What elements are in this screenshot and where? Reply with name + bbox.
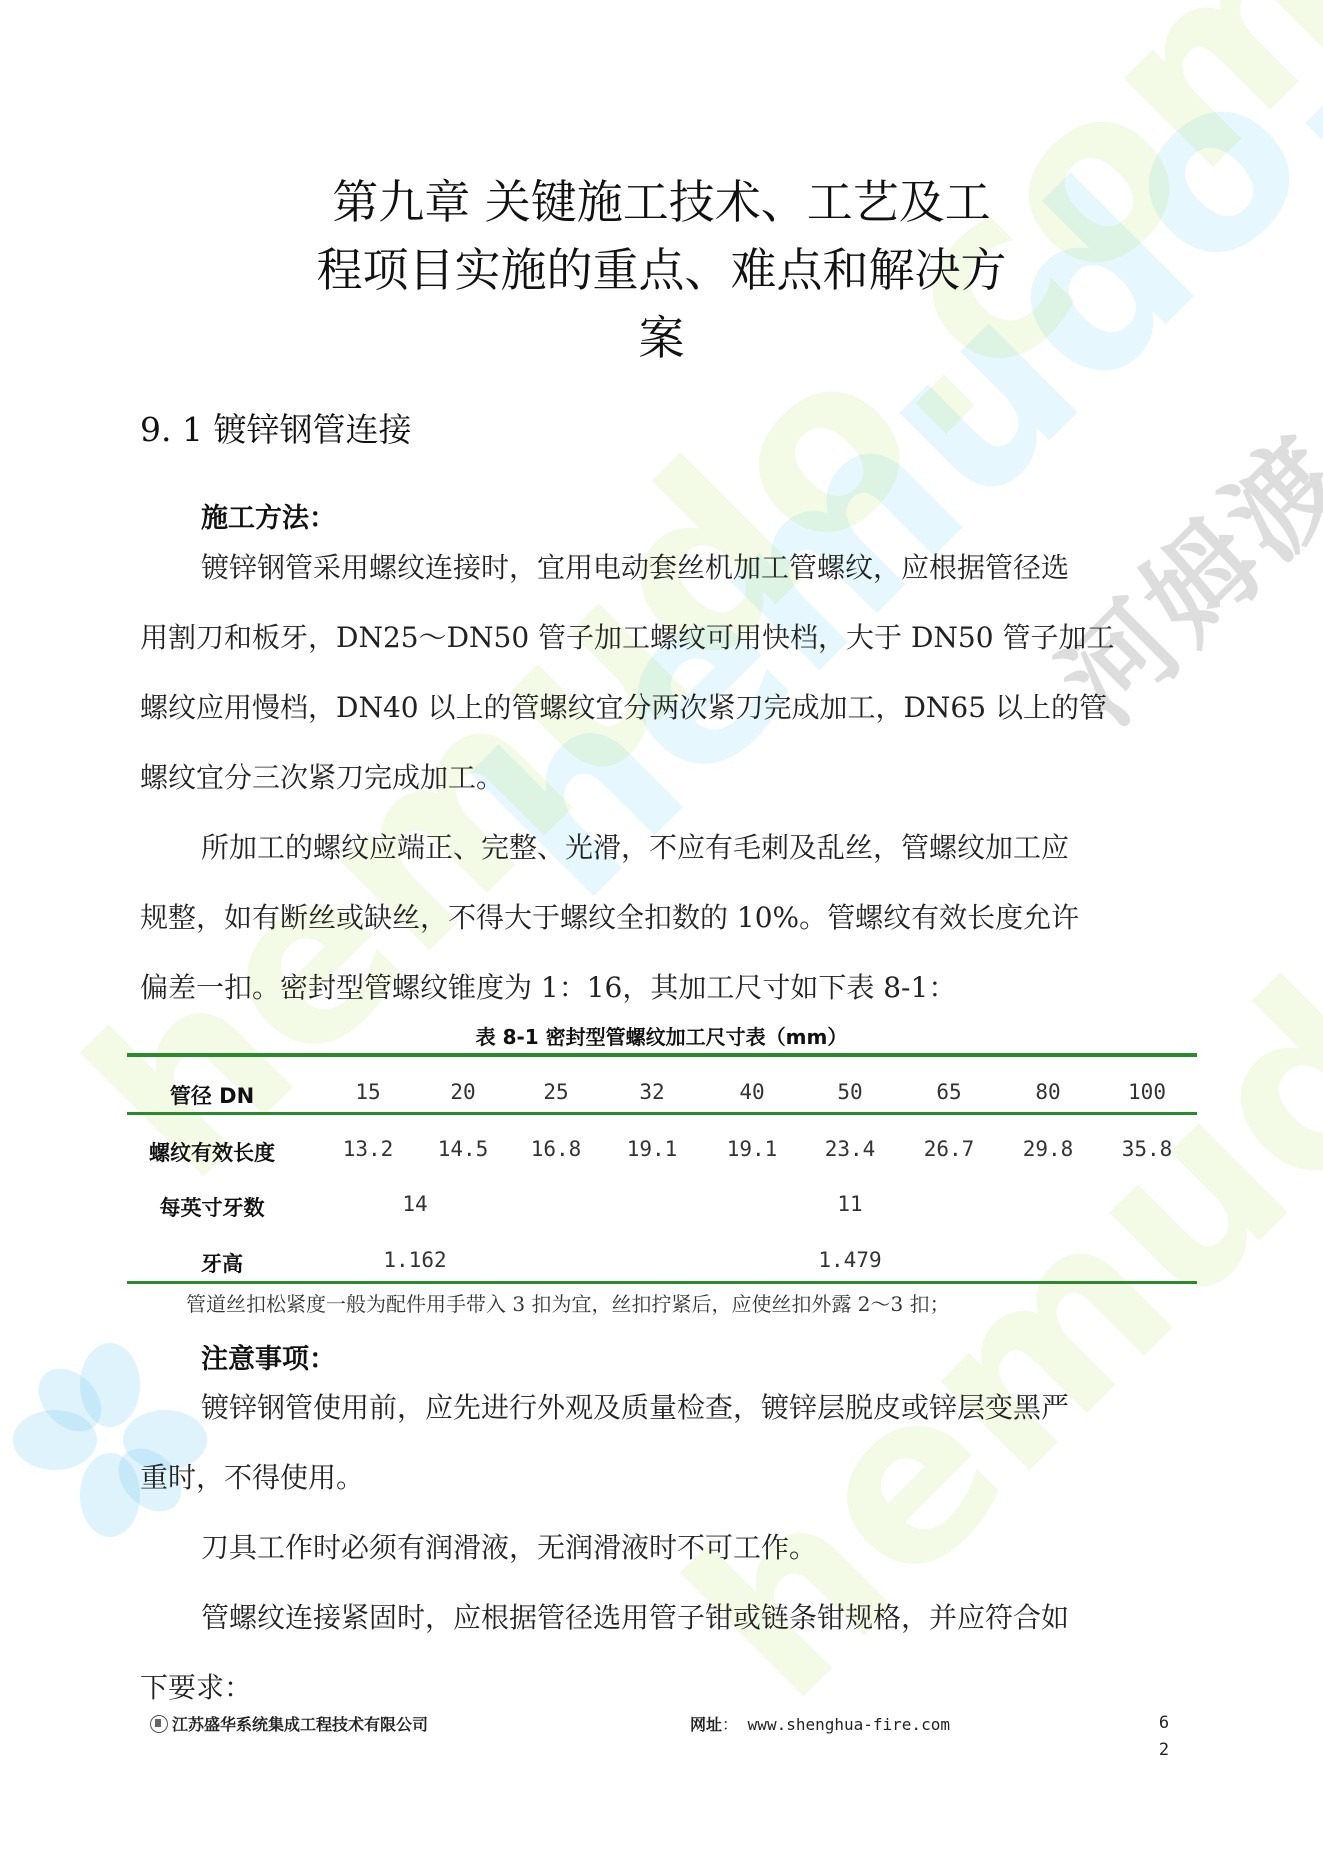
- cell-length: 16.8: [511, 1137, 601, 1161]
- table-rule-bottom: [127, 1281, 1197, 1284]
- cell-length: 26.7: [904, 1137, 994, 1161]
- document-page: 第九章 关键施工技术、工艺及工 程项目实施的重点、难点和解决方 案 9. 1 镀…: [0, 0, 1323, 1871]
- cell-dn: 32: [607, 1080, 697, 1104]
- cell-dn: 50: [805, 1080, 895, 1104]
- row-header-height: 牙高: [137, 1248, 307, 1278]
- para-line: 用割刀和板牙，DN25～DN50 管子加工螺纹可用快档，大于 DN50 管子加工: [140, 603, 1183, 673]
- cell-tpi: 14: [370, 1192, 460, 1216]
- para-line: 刀具工作时必须有润滑液，无润滑液时不可工作。: [201, 1531, 817, 1564]
- para-line: 偏差一扣。密封型管螺纹锥度为 1：16，其加工尺寸如下表 8-1：: [140, 953, 1183, 1023]
- notes-label: 注意事项：: [201, 1337, 336, 1376]
- table-row-length: 螺纹有效长度 13.2 14.5 16.8 19.1 19.1 23.4 26.…: [127, 1137, 1197, 1177]
- notes-paragraph-2: 刀具工作时必须有润滑液，无润滑液时不可工作。: [140, 1513, 1183, 1583]
- cell-length: 23.4: [805, 1137, 895, 1161]
- website-url[interactable]: www.shenghua-fire.com: [748, 1715, 950, 1734]
- page-number-digit: 2: [1157, 1737, 1171, 1764]
- website-label: 网址: [690, 1715, 722, 1734]
- website-separator: ：: [722, 1715, 738, 1734]
- para-line: 螺纹应用慢档，DN40 以上的管螺纹宜分两次紧刀完成加工，DN65 以上的管: [140, 673, 1183, 743]
- section-heading: 9. 1 镀锌钢管连接: [140, 404, 411, 451]
- cell-dn: 65: [904, 1080, 994, 1104]
- cell-length: 14.5: [418, 1137, 508, 1161]
- method-label: 施工方法：: [201, 496, 336, 535]
- page-number: 6 2: [1157, 1710, 1171, 1764]
- para-line: 所加工的螺纹应端正、完整、光滑，不应有毛刺及乱丝，管螺纹加工应: [201, 831, 1069, 864]
- footer-website: 网址： www.shenghua-fire.com: [690, 1712, 950, 1735]
- chapter-title: 第九章 关键施工技术、工艺及工 程项目实施的重点、难点和解决方 案: [0, 168, 1323, 372]
- para-line: 螺纹宜分三次紧刀完成加工。: [140, 743, 1183, 813]
- cell-dn: 20: [418, 1080, 508, 1104]
- cell-length: 19.1: [707, 1137, 797, 1161]
- para-line: 重时，不得使用。: [140, 1443, 1183, 1513]
- table-rule-mid: [127, 1112, 1197, 1115]
- para-line: 管螺纹连接紧固时，应根据管径选用管子钳或链条钳规格，并应符合如: [201, 1601, 1069, 1634]
- cell-length: 19.1: [607, 1137, 697, 1161]
- cell-dn: 15: [323, 1080, 413, 1104]
- cell-dn: 40: [707, 1080, 797, 1104]
- company-logo-icon: [150, 1715, 168, 1733]
- row-header-length: 螺纹有效长度: [127, 1137, 297, 1167]
- cell-dn: 100: [1102, 1080, 1192, 1104]
- para-line: 镀锌钢管使用前，应先进行外观及质量检查，镀锌层脱皮或锌层变黑严: [201, 1391, 1069, 1424]
- cell-dn: 25: [511, 1080, 601, 1104]
- footer-company: 江苏盛华系统集成工程技术有限公司: [150, 1712, 428, 1735]
- notes-paragraph-1: 镀锌钢管使用前，应先进行外观及质量检查，镀锌层脱皮或锌层变黑严 重时，不得使用。: [140, 1373, 1183, 1513]
- table-rule-top: [127, 1053, 1197, 1057]
- chapter-title-line-2: 程项目实施的重点、难点和解决方: [0, 236, 1323, 304]
- cell-height: 1.162: [370, 1248, 460, 1272]
- chapter-title-line-1: 第九章 关键施工技术、工艺及工: [0, 168, 1323, 236]
- cell-tpi: 11: [805, 1192, 895, 1216]
- row-header-tpi: 每英寸牙数: [127, 1192, 297, 1222]
- cell-length: 13.2: [323, 1137, 413, 1161]
- table-row-tpi: 每英寸牙数 14 11: [127, 1192, 1197, 1232]
- cell-length: 29.8: [1003, 1137, 1093, 1161]
- method-paragraph-2: 所加工的螺纹应端正、完整、光滑，不应有毛刺及乱丝，管螺纹加工应 规整，如有断丝或…: [140, 813, 1183, 1023]
- cell-length: 35.8: [1102, 1137, 1192, 1161]
- row-header-dn: 管径 DN: [127, 1080, 297, 1110]
- table-caption: 表 8-1 密封型管螺纹加工尺寸表（mm）: [0, 1021, 1323, 1050]
- page-number-digit: 6: [1157, 1710, 1171, 1737]
- para-line: 镀锌钢管采用螺纹连接时，宜用电动套丝机加工管螺纹，应根据管径选: [201, 551, 1069, 584]
- company-name: 江苏盛华系统集成工程技术有限公司: [172, 1712, 428, 1735]
- chapter-title-line-3: 案: [0, 304, 1323, 372]
- notes-paragraph-3: 管螺纹连接紧固时，应根据管径选用管子钳或链条钳规格，并应符合如 下要求：: [140, 1583, 1183, 1723]
- table-note: 管道丝扣松紧度一般为配件用手带入 3 扣为宜，丝扣拧紧后，应使丝扣外露 2～3 …: [186, 1288, 950, 1317]
- method-paragraph-1: 镀锌钢管采用螺纹连接时，宜用电动套丝机加工管螺纹，应根据管径选 用割刀和板牙，D…: [140, 533, 1183, 813]
- para-line: 规整，如有断丝或缺丝，不得大于螺纹全扣数的 10%。管螺纹有效长度允许: [140, 883, 1183, 953]
- cell-height: 1.479: [805, 1248, 895, 1272]
- cell-dn: 80: [1003, 1080, 1093, 1104]
